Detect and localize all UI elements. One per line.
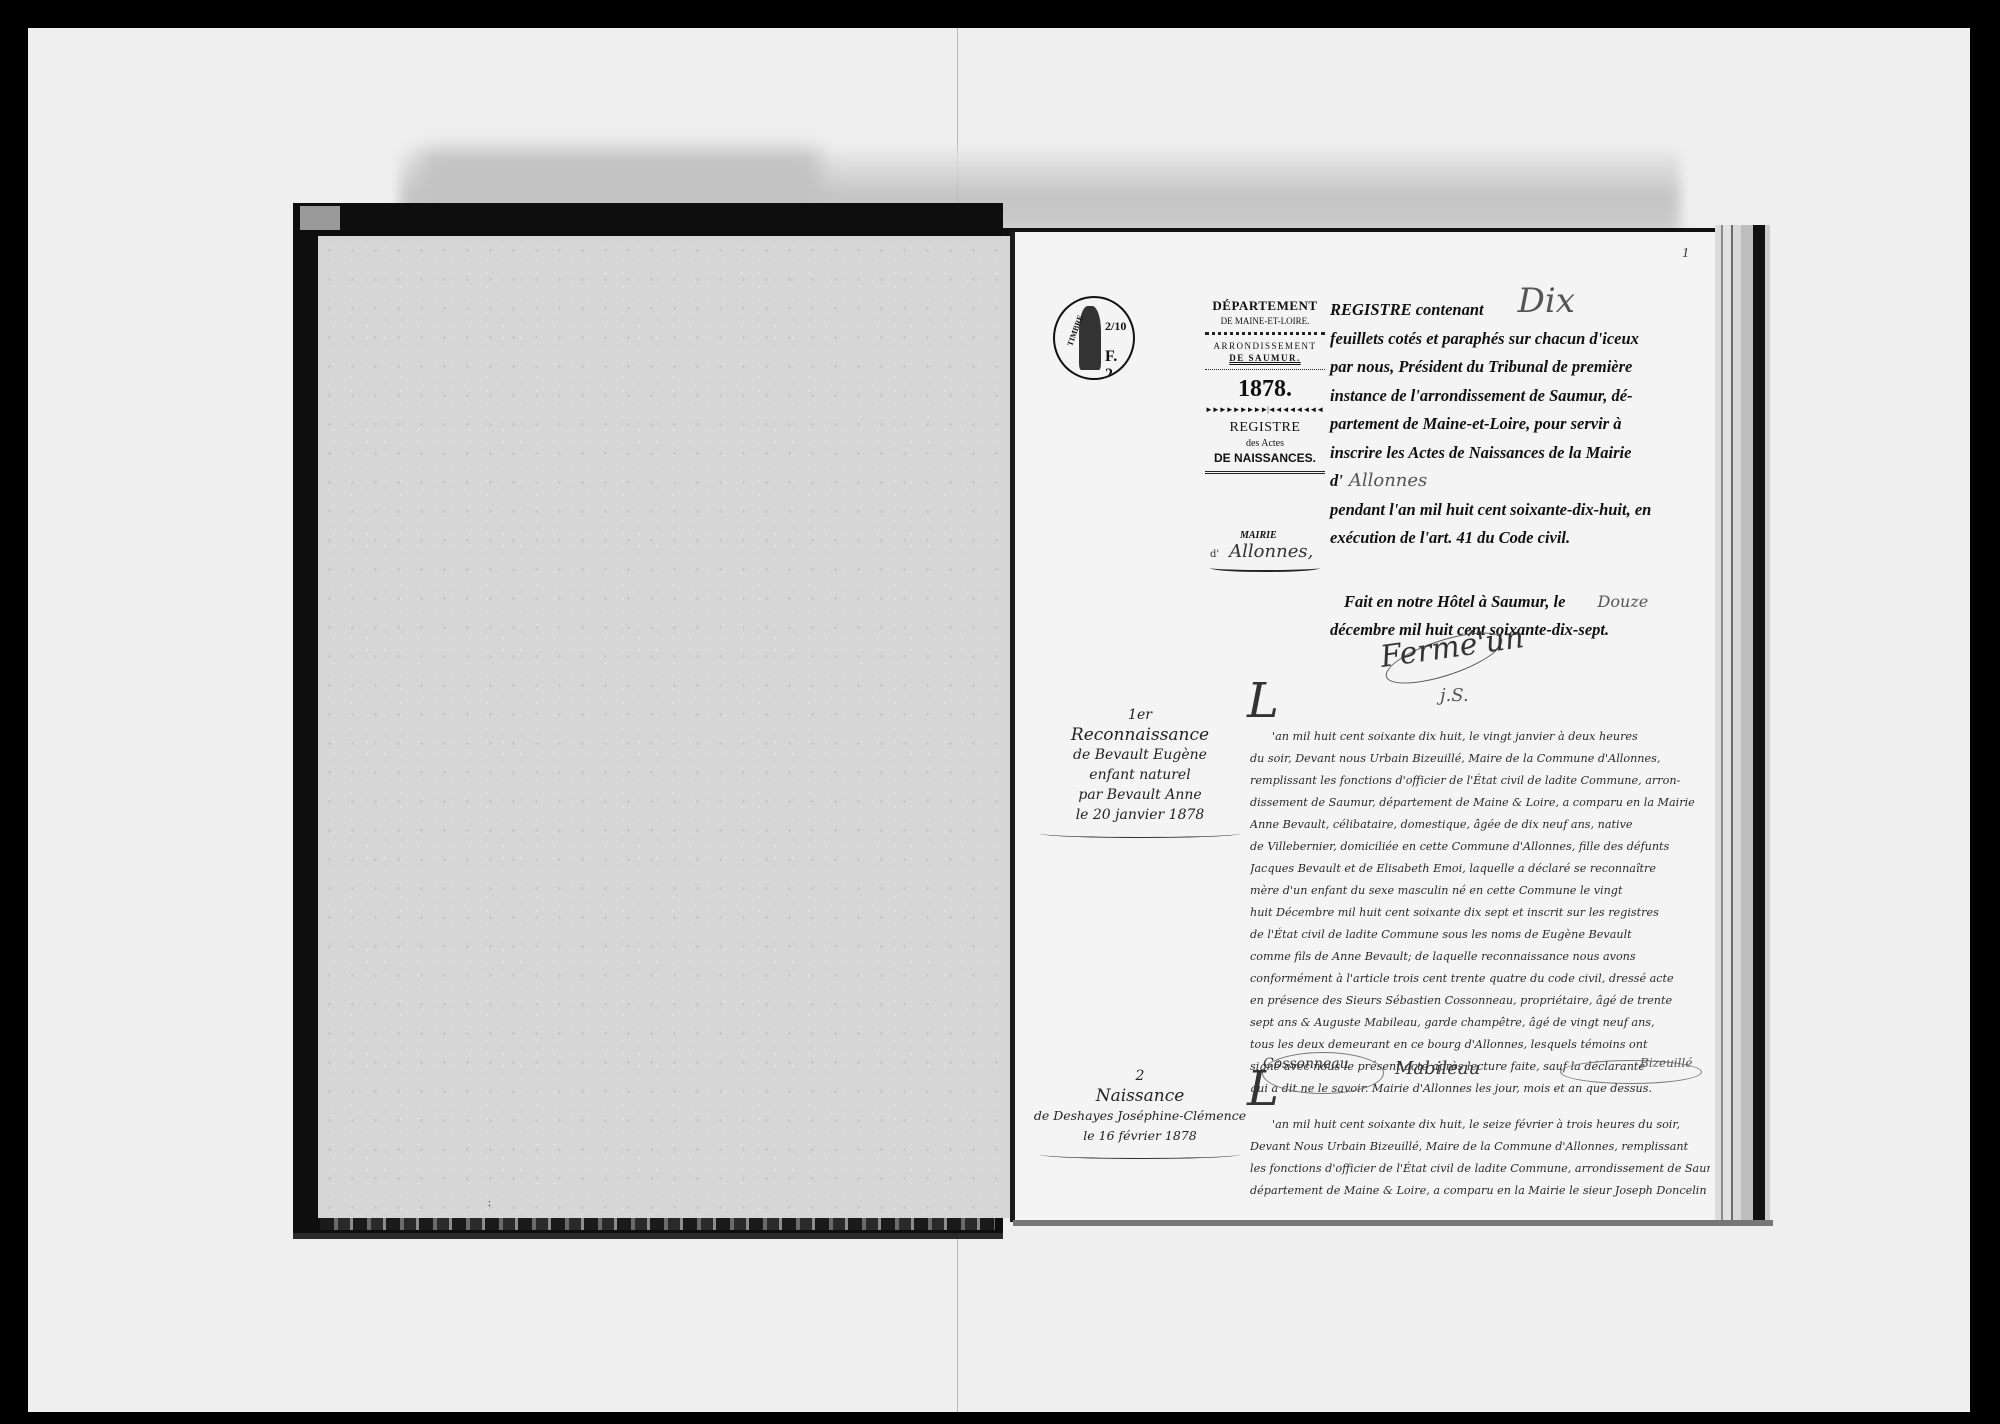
register-year: 1878. bbox=[1205, 376, 1325, 403]
date-handwritten: Douze bbox=[1598, 592, 1649, 611]
act-line: comme fils de Anne Bevault; de laquelle … bbox=[1250, 946, 1710, 968]
note-line: enfant naturel bbox=[1030, 765, 1250, 785]
pastedown-mark: : bbox=[488, 1198, 491, 1209]
stamp-value-top: 2/10 bbox=[1105, 320, 1126, 332]
header-printed: REGISTRE contenant bbox=[1330, 296, 1484, 325]
note-line: de Bevault Eugène bbox=[1030, 745, 1250, 765]
arrondissement-name: DE SAUMUR. bbox=[1205, 353, 1325, 363]
witness-signatures: Cossonneau Mabileau Bizeuillé bbox=[1255, 1056, 1715, 1096]
act-type: Reconnaissance bbox=[1030, 725, 1250, 745]
act-line: dissement de Saumur, département de Main… bbox=[1250, 792, 1710, 814]
leaf-count-handwritten: Dix bbox=[1518, 296, 1575, 325]
mairie-label: MAIRIE bbox=[1240, 530, 1320, 541]
act-line: de Villebernier, domiciliée en cette Com… bbox=[1250, 836, 1710, 858]
double-divider bbox=[1205, 471, 1325, 474]
mairie-flourish bbox=[1210, 564, 1320, 572]
naissances-label: DE NAISSANCES. bbox=[1205, 451, 1325, 465]
stamp-value-bottom: F. 2. bbox=[1105, 348, 1133, 380]
act-number: 1er bbox=[1030, 705, 1250, 725]
header-line: par nous, Président du Tribunal de premi… bbox=[1330, 353, 1718, 382]
mairie-name: Allonnes, bbox=[1229, 541, 1313, 562]
header-printed: d' bbox=[1330, 467, 1343, 496]
act-line: département de Maine & Loire, a comparu … bbox=[1250, 1180, 1710, 1202]
header-line: inscrire les Actes de Naissances de la M… bbox=[1330, 439, 1718, 468]
commune-handwritten: Allonnes bbox=[1349, 467, 1427, 496]
act-line: les fonctions d'officier de l'État civil… bbox=[1250, 1158, 1710, 1180]
page-stack-edge bbox=[1715, 225, 1770, 1225]
book-shadow-left bbox=[420, 150, 820, 210]
signature-initials: j.S. bbox=[1440, 685, 1469, 706]
header-line: feuillets cotés et paraphés sur chacun d… bbox=[1330, 325, 1718, 354]
act-line: du soir, Devant nous Urbain Bizeuillé, M… bbox=[1250, 748, 1710, 770]
timbre-stamp-icon: TIMBRE 2/10 F. 2. bbox=[1053, 296, 1135, 380]
note-line: de Deshayes Joséphine-Clémence bbox=[1030, 1106, 1250, 1126]
signature-mabileau: Mabileau bbox=[1395, 1058, 1480, 1079]
act-line: Anne Bevault, célibataire, domestique, â… bbox=[1250, 814, 1710, 836]
act-type: Naissance bbox=[1030, 1086, 1250, 1106]
arrow-divider: ►►►►►►►►►|◄◄◄◄◄◄◄◄◄ bbox=[1205, 405, 1325, 414]
header-line: pendant l'an mil huit cent soixante-dix-… bbox=[1330, 496, 1718, 525]
dotted-divider bbox=[1205, 369, 1325, 370]
act-line: remplissant les fonctions d'officier de … bbox=[1250, 770, 1710, 792]
header-left-column: DÉPARTEMENT DE MAINE-ET-LOIRE. ARRONDISS… bbox=[1205, 298, 1325, 474]
registre-label: REGISTRE bbox=[1205, 420, 1325, 436]
signature-mayor: Bizeuillé bbox=[1640, 1056, 1692, 1070]
dotted-divider bbox=[1205, 332, 1325, 335]
act-line: huit Décembre mil huit cent soixante dix… bbox=[1250, 902, 1710, 924]
act-line: de l'État civil de ladite Commune sous l… bbox=[1250, 924, 1710, 946]
page-number: 1 bbox=[1682, 246, 1689, 262]
header-line: d' Allonnes bbox=[1330, 467, 1718, 496]
act-body: L 'an mil huit cent soixante dix huit, l… bbox=[1250, 1114, 1710, 1202]
signoff-line: Fait en notre Hôtel à Saumur, le Douze bbox=[1344, 588, 1730, 616]
mairie-prefix: d' bbox=[1210, 549, 1219, 560]
margin-note: 2 Naissance de Deshayes Joséphine-Clémen… bbox=[1030, 1066, 1250, 1159]
act-line: 'an mil huit cent soixante dix huit, le … bbox=[1250, 726, 1710, 748]
act-line: 'an mil huit cent soixante dix huit, le … bbox=[1250, 1114, 1710, 1136]
department-label: DÉPARTEMENT bbox=[1205, 298, 1325, 314]
department-name: DE MAINE-ET-LOIRE. bbox=[1205, 316, 1325, 326]
mairie-block: MAIRIE d'Allonnes, bbox=[1210, 530, 1320, 572]
act-line: Jacques Bevault et de Elisabeth Emoi, la… bbox=[1250, 858, 1710, 880]
header-line: REGISTRE contenant Dix bbox=[1330, 296, 1718, 325]
header-line: partement de Maine-et-Loire, pour servir… bbox=[1330, 410, 1718, 439]
act-line: mère d'un enfant du sexe masculin né en … bbox=[1250, 880, 1710, 902]
header-line: exécution de l'art. 41 du Code civil. bbox=[1330, 524, 1718, 553]
des-actes-label: des Actes bbox=[1205, 438, 1325, 449]
note-line: par Bevault Anne bbox=[1030, 785, 1250, 805]
act-line: sept ans & Auguste Mabileau, garde champ… bbox=[1250, 1012, 1710, 1034]
page-bottom-edge bbox=[1013, 1220, 1773, 1226]
header-line: instance de l'arrondissement de Saumur, … bbox=[1330, 382, 1718, 411]
act-body: L 'an mil huit cent soixante dix huit, l… bbox=[1250, 726, 1710, 1100]
act-line: Devant Nous Urbain Bizeuillé, Maire de l… bbox=[1250, 1136, 1710, 1158]
header-text: REGISTRE contenant Dix feuillets cotés e… bbox=[1330, 296, 1718, 553]
mairie-line: d'Allonnes, bbox=[1210, 541, 1320, 562]
brace-flourish bbox=[1040, 829, 1240, 838]
act-line: en présence des Sieurs Sébastien Cossonn… bbox=[1250, 990, 1710, 1012]
brace-flourish bbox=[1040, 1150, 1240, 1159]
pastedown-page bbox=[318, 236, 1012, 1218]
arrondissement-label: ARRONDISSEMENT bbox=[1205, 341, 1325, 351]
book-gutter bbox=[1010, 232, 1015, 1222]
act-line: conformément à l'article trois cent tren… bbox=[1250, 968, 1710, 990]
note-line: le 20 janvier 1878 bbox=[1030, 805, 1250, 825]
initial-capital: L bbox=[1247, 690, 1279, 712]
signoff-printed: Fait en notre Hôtel à Saumur, le bbox=[1344, 592, 1565, 611]
note-line: le 16 février 1878 bbox=[1030, 1126, 1250, 1146]
initial-capital: L bbox=[1247, 1078, 1279, 1100]
act-number: 2 bbox=[1030, 1066, 1250, 1086]
margin-note: 1er Reconnaissance de Bevault Eugène enf… bbox=[1030, 705, 1250, 838]
cover-corner-wear bbox=[300, 206, 340, 230]
signoff-block: Fait en notre Hôtel à Saumur, le Douze d… bbox=[1330, 588, 1730, 644]
